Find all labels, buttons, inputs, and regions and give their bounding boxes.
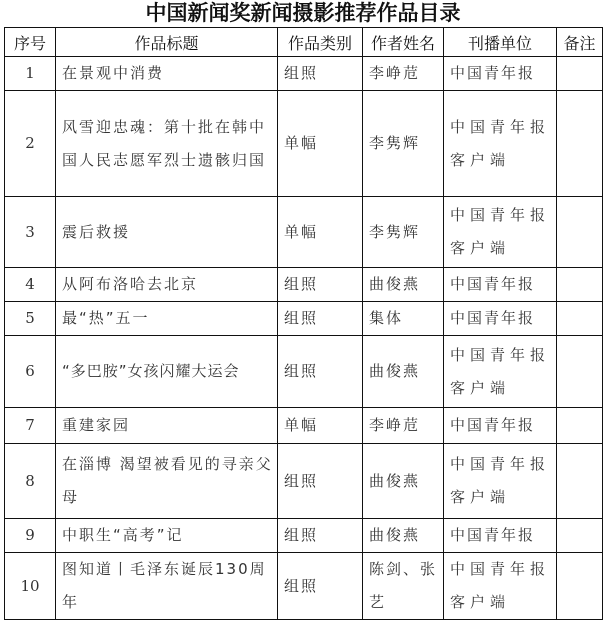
cell-category: 组照 xyxy=(278,519,363,553)
cell-unit: 中国青年报客户端 xyxy=(444,197,557,268)
table-row: 6 “多巴胺”女孩闪耀大运会 组照 曲俊燕 中国青年报客户端 xyxy=(5,336,603,408)
cell-category: 组照 xyxy=(278,57,363,91)
cell-unit: 中国青年报 xyxy=(444,519,557,553)
cell-author: 集体 xyxy=(363,302,444,336)
cell-no: 1 xyxy=(5,57,56,91)
cell-author: 李峥苊 xyxy=(363,57,444,91)
cell-unit: 中国青年报 xyxy=(444,57,557,91)
cell-note xyxy=(557,268,603,302)
table-row: 3 震后救援 单幅 李隽辉 中国青年报客户端 xyxy=(5,197,603,268)
cell-note xyxy=(557,57,603,91)
cell-author: 李隽辉 xyxy=(363,197,444,268)
cell-category: 单幅 xyxy=(278,197,363,268)
header-title: 作品标题 xyxy=(56,28,278,57)
cell-no: 9 xyxy=(5,519,56,553)
cell-category: 组照 xyxy=(278,444,363,519)
cell-no: 10 xyxy=(5,553,56,620)
cell-no: 6 xyxy=(5,336,56,408)
table-row: 7 重建家园 单幅 李峥苊 中国青年报 xyxy=(5,408,603,444)
cell-category: 单幅 xyxy=(278,91,363,197)
cell-note xyxy=(557,553,603,620)
cell-author: 曲俊燕 xyxy=(363,444,444,519)
page-title: 中国新闻奖新闻摄影推荐作品目录 xyxy=(0,0,606,27)
cell-category: 组照 xyxy=(278,302,363,336)
cell-category: 组照 xyxy=(278,553,363,620)
cell-title: 重建家园 xyxy=(56,408,278,444)
table-row: 5 最“热”五一 组照 集体 中国青年报 xyxy=(5,302,603,336)
cell-unit: 中国青年报客户端 xyxy=(444,336,557,408)
cell-author: 曲俊燕 xyxy=(363,268,444,302)
cell-no: 4 xyxy=(5,268,56,302)
cell-category: 单幅 xyxy=(278,408,363,444)
works-table: 序号 作品标题 作品类别 作者姓名 刊播单位 备注 1 在景观中消费 组照 李峥… xyxy=(4,27,603,620)
cell-title: 在淄博 渴望被看见的寻亲父母 xyxy=(56,444,278,519)
cell-unit: 中国青年报 xyxy=(444,408,557,444)
cell-no: 2 xyxy=(5,91,56,197)
cell-note xyxy=(557,519,603,553)
header-no: 序号 xyxy=(5,28,56,57)
cell-title: 最“热”五一 xyxy=(56,302,278,336)
cell-unit: 中国青年报客户端 xyxy=(444,444,557,519)
cell-note xyxy=(557,197,603,268)
cell-note xyxy=(557,91,603,197)
table-row: 1 在景观中消费 组照 李峥苊 中国青年报 xyxy=(5,57,603,91)
cell-note xyxy=(557,444,603,519)
cell-no: 3 xyxy=(5,197,56,268)
table-row: 10 图知道丨毛泽东诞辰130周年 组照 陈剑、张艺 中国青年报客户端 xyxy=(5,553,603,620)
header-author: 作者姓名 xyxy=(363,28,444,57)
cell-unit: 中国青年报 xyxy=(444,302,557,336)
cell-title: 在景观中消费 xyxy=(56,57,278,91)
cell-note xyxy=(557,336,603,408)
cell-no: 5 xyxy=(5,302,56,336)
table-row: 4 从阿布洛哈去北京 组照 曲俊燕 中国青年报 xyxy=(5,268,603,302)
cell-author: 李峥苊 xyxy=(363,408,444,444)
cell-author: 陈剑、张艺 xyxy=(363,553,444,620)
cell-title: 风雪迎忠魂：第十批在韩中国人民志愿军烈士遗骸归国 xyxy=(56,91,278,197)
table-row: 8 在淄博 渴望被看见的寻亲父母 组照 曲俊燕 中国青年报客户端 xyxy=(5,444,603,519)
cell-category: 组照 xyxy=(278,336,363,408)
table-row: 2 风雪迎忠魂：第十批在韩中国人民志愿军烈士遗骸归国 单幅 李隽辉 中国青年报客… xyxy=(5,91,603,197)
header-note: 备注 xyxy=(557,28,603,57)
cell-author: 曲俊燕 xyxy=(363,519,444,553)
cell-note xyxy=(557,408,603,444)
cell-title: 从阿布洛哈去北京 xyxy=(56,268,278,302)
cell-no: 8 xyxy=(5,444,56,519)
cell-note xyxy=(557,302,603,336)
cell-unit: 中国青年报客户端 xyxy=(444,91,557,197)
cell-title: 图知道丨毛泽东诞辰130周年 xyxy=(56,553,278,620)
cell-title: “多巴胺”女孩闪耀大运会 xyxy=(56,336,278,408)
cell-author: 李隽辉 xyxy=(363,91,444,197)
table-row: 9 中职生“高考”记 组照 曲俊燕 中国青年报 xyxy=(5,519,603,553)
cell-category: 组照 xyxy=(278,268,363,302)
cell-title: 中职生“高考”记 xyxy=(56,519,278,553)
header-unit: 刊播单位 xyxy=(444,28,557,57)
cell-title: 震后救援 xyxy=(56,197,278,268)
cell-author: 曲俊燕 xyxy=(363,336,444,408)
header-category: 作品类别 xyxy=(278,28,363,57)
cell-unit: 中国青年报 xyxy=(444,268,557,302)
cell-unit: 中国青年报客户端 xyxy=(444,553,557,620)
cell-no: 7 xyxy=(5,408,56,444)
table-header-row: 序号 作品标题 作品类别 作者姓名 刊播单位 备注 xyxy=(5,28,603,57)
